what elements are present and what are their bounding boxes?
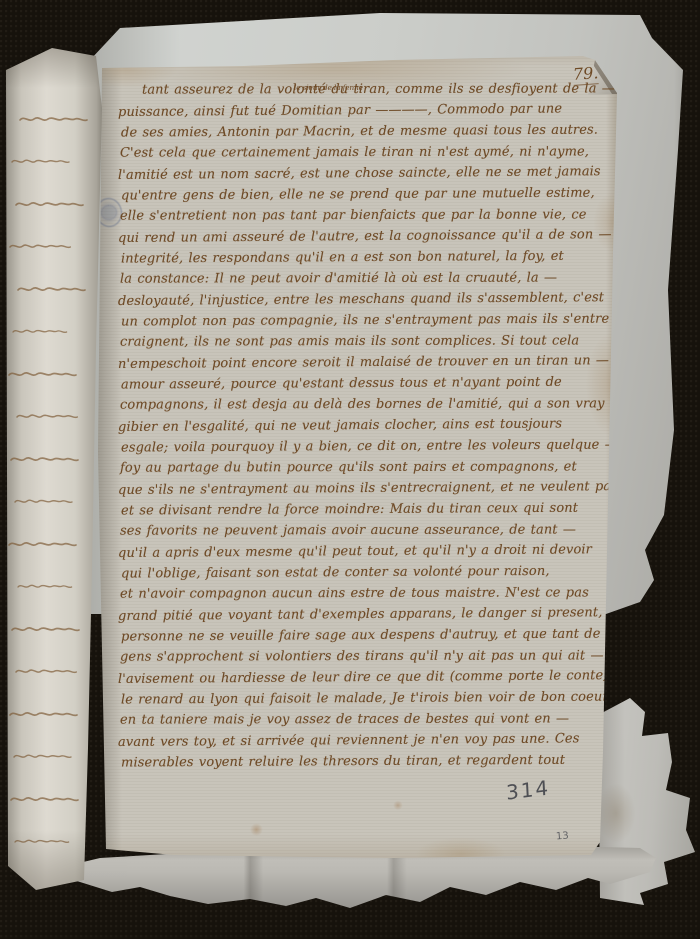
manuscript-line: elle s'entretient non pas tant par bienf… bbox=[120, 204, 620, 226]
manuscript-line: qui l'oblige, faisant son estat de conte… bbox=[121, 560, 621, 584]
photograph: { "photo": { "background_color": "#16120… bbox=[0, 0, 700, 939]
text-block: tant asseurez de la volonté du tiran, co… bbox=[120, 79, 620, 772]
manuscript-page: 79. le sieur de la fenne tant asseurez d… bbox=[94, 52, 618, 862]
pencil-folio-number: 314 bbox=[506, 775, 551, 804]
manuscript-line: foy au partage du butin pource qu'ils so… bbox=[120, 456, 620, 478]
previous-page-edge bbox=[6, 48, 102, 890]
manuscript-line: ses favorits ne peuvent jamais avoir auc… bbox=[120, 519, 620, 541]
manuscript-line: gens s'approchent si volontiers des tira… bbox=[120, 645, 620, 667]
manuscript-line: personne ne se veuille faire sage aux de… bbox=[121, 623, 621, 647]
pencil-corner-number: 13 bbox=[556, 830, 570, 842]
manuscript-line: C'est cela que certainement jamais le ti… bbox=[120, 141, 620, 163]
manuscript-line: en ta taniere mais je voy assez de trace… bbox=[120, 708, 620, 730]
manuscript-line: compagnons, il est desja au delà des bor… bbox=[120, 393, 620, 415]
manuscript-line: de ses amies, Antonin par Macrin, et de … bbox=[121, 119, 621, 143]
manuscript-line: le renard au lyon qui faisoit le malade,… bbox=[121, 686, 621, 710]
manuscript-line: esgale; voila pourquoy il y a bien, ce d… bbox=[121, 434, 621, 458]
manuscript-line: craignent, ils ne sont pas amis mais ils… bbox=[120, 330, 620, 352]
manuscript-line: qu'entre gens de bien, elle ne se prend … bbox=[121, 182, 621, 206]
manuscript-line: et n'avoir compagnon aucun ains estre de… bbox=[120, 582, 620, 604]
handwriting-squiggles-decoration bbox=[6, 48, 102, 890]
manuscript-line: et se divisant rendre la force moindre: … bbox=[121, 497, 621, 521]
manuscript-line: amour asseuré, pource qu'estant dessus t… bbox=[121, 371, 621, 395]
manuscript-line: miserables voyent reluire les thresors d… bbox=[121, 749, 621, 773]
manuscript-line: un complot non pas compagnie, ils ne s'e… bbox=[121, 308, 621, 332]
manuscript-line: integrité, les respondans qu'il en a est… bbox=[121, 245, 621, 269]
manuscript-line: tant asseurez de la volonté du tiran, co… bbox=[120, 78, 620, 100]
manuscript-line: la constance: Il ne peut avoir d'amitié … bbox=[120, 267, 620, 289]
